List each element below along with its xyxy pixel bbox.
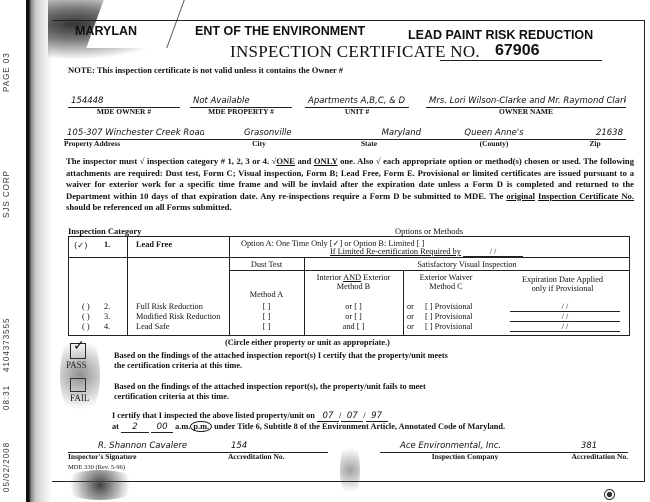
method-a-checkbox[interactable]: [ ] xyxy=(229,302,304,311)
company-accreditation-field: 381 Accreditation No. xyxy=(550,440,628,461)
method-b-text: Interior xyxy=(317,273,344,282)
zip-field: 21638 Zip xyxy=(564,127,626,148)
fax-page: PAGE 03 xyxy=(2,52,11,92)
property-address-label: Property Address xyxy=(64,140,204,148)
scan-edge-shadow xyxy=(26,0,52,502)
inspection-company-label: Inspection Company xyxy=(380,453,550,461)
category-1-checkbox[interactable]: (✓) xyxy=(74,240,87,250)
scan-noise xyxy=(60,330,100,420)
method-c-checkbox[interactable]: [ ] Provisional xyxy=(425,302,472,311)
instructions-paragraph: The inspector must √ inspection category… xyxy=(66,156,634,214)
company-accreditation-label: Accreditation No. xyxy=(550,453,628,461)
certificate-number: 67906 xyxy=(495,42,540,60)
category-1-label: Lead Free xyxy=(136,240,172,249)
inspection-minute[interactable]: 00 xyxy=(151,422,173,433)
method-a-checkbox[interactable]: [ ] xyxy=(229,322,304,331)
circle-note: (Circle either property or unit as appro… xyxy=(225,338,390,347)
inspection-company-field: Ace Environmental, Inc. Inspection Compa… xyxy=(380,440,550,461)
inspector-signature-field: R. Shannon Cavalere Inspector's Signatur… xyxy=(68,440,228,461)
method-b-checkbox[interactable]: and [ ] xyxy=(304,322,403,331)
method-c-or: or xyxy=(407,302,414,311)
scan-noise xyxy=(340,440,360,500)
at-label: at xyxy=(112,422,119,431)
recert-label: If Limited Re-certification Required by xyxy=(330,247,461,256)
expiration-date-field[interactable]: / / xyxy=(510,322,620,332)
category-2-number: 2. xyxy=(104,302,110,311)
mde-property-field: Not Available MDE PROPERTY # xyxy=(190,95,292,116)
owner-name-field: Mrs. Lori Wilson-Clarke and Mr. Raymond … xyxy=(426,95,626,116)
instructions-one: ONE xyxy=(276,156,295,166)
category-3-label: Modified Risk Reduction xyxy=(136,312,220,321)
mde-owner-field: 154448 MDE OWNER # xyxy=(68,95,180,116)
method-b-label: Method B xyxy=(304,282,403,291)
state-label: State xyxy=(314,140,424,148)
county-field: Queen Anne's (County) xyxy=(424,127,564,148)
certify-line-2: at 2 00 a.m.p.m. under Title 6, Subtitle… xyxy=(112,422,505,433)
inspection-category-header: Inspection Category xyxy=(68,226,141,236)
fax-time: 08:31 xyxy=(2,385,11,410)
category-2-checkbox[interactable]: ( ) xyxy=(82,302,90,311)
category-3-number: 3. xyxy=(104,312,110,321)
method-c-or: or xyxy=(407,322,414,331)
method-b-and: AND xyxy=(343,273,361,282)
option-a-text: Option A: One Time Only [ xyxy=(241,239,333,248)
program-name: LEAD PAINT RISK REDUCTION xyxy=(408,28,593,42)
expiration-date-field[interactable]: / / xyxy=(510,312,620,322)
method-a-checkbox[interactable]: [ ] xyxy=(229,312,304,321)
fax-phone: 4104373555 xyxy=(2,318,11,373)
options-header: Options or Methods xyxy=(395,226,463,236)
expiration-subheader: only if Provisional xyxy=(495,284,630,293)
inspection-hour[interactable]: 2 xyxy=(121,422,149,433)
state-field: Maryland State xyxy=(314,127,424,148)
inspection-date-month[interactable]: 07 xyxy=(317,411,339,422)
method-b-header: Interior AND Exterior xyxy=(304,273,403,282)
fax-date: 05/02/2008 xyxy=(2,442,11,492)
category-4-number: 4. xyxy=(104,322,110,331)
city-field: Grasonville City xyxy=(204,127,314,148)
instructions-only: ONLY xyxy=(314,156,338,166)
table-divider xyxy=(127,236,128,335)
registered-mark-icon xyxy=(604,489,615,500)
instructions-icn: Inspection Certificate No. xyxy=(538,191,634,201)
category-1-number: 1. xyxy=(104,240,110,249)
inspector-accreditation-label: Accreditation No. xyxy=(228,453,328,461)
method-b-checkbox[interactable]: or [ ] xyxy=(304,302,403,311)
fail-text-1: Based on the findings of the attached in… xyxy=(114,382,426,391)
inspection-date-day[interactable]: 07 xyxy=(341,411,363,422)
category-4-label: Lead Safe xyxy=(136,322,169,331)
city-label: City xyxy=(204,140,314,148)
certify-law-text: under Title 6, Subtitle 8 of the Environ… xyxy=(214,422,505,431)
category-1-mark: (✓) xyxy=(74,240,87,250)
instructions-text: should be referenced on all Forms submit… xyxy=(66,202,232,212)
pass-text-2: the certification criteria at this time. xyxy=(114,361,242,370)
property-address-field: 105-307 Winchester Creek Road Property A… xyxy=(64,127,204,148)
zip-label: Zip xyxy=(564,140,626,148)
instructions-and: and xyxy=(295,156,314,166)
method-c-checkbox[interactable]: [ ] Provisional xyxy=(425,322,472,331)
recert-row: If Limited Re-certification Required by … xyxy=(330,247,523,257)
unit-label: UNIT # xyxy=(305,108,409,116)
owner-name-label: OWNER NAME xyxy=(426,108,626,116)
inspection-date-year[interactable]: 97 xyxy=(366,411,388,422)
expiration-date-field[interactable]: / / xyxy=(510,302,620,312)
fail-text-2: certification criteria at this time. xyxy=(114,392,229,401)
category-2-label: Full Risk Reduction xyxy=(136,302,203,311)
dust-test-header: Dust Test xyxy=(229,260,304,269)
fax-margin: PAGE 03 SJS CORP 4104373555 08:31 05/02/… xyxy=(0,0,26,502)
fax-sender: SJS CORP xyxy=(2,170,11,218)
scan-noise xyxy=(60,470,140,500)
pm-option-circled[interactable]: p.m. xyxy=(190,421,212,432)
certificate-no-line xyxy=(440,60,602,61)
agency-name: MARYLANENT OF THE ENVIRONMENT xyxy=(75,24,365,38)
validity-note: NOTE: This inspection certificate is not… xyxy=(68,65,343,75)
unit-field: Apartments A,B,C, & D UNIT # xyxy=(305,95,409,116)
agency-name-right: ENT OF THE ENVIRONMENT xyxy=(195,24,365,38)
certify-text: I certify that I inspected the above lis… xyxy=(112,411,315,420)
table-divider xyxy=(68,257,630,258)
inspector-signature-label: Inspector's Signature xyxy=(68,453,228,461)
method-c-or: or xyxy=(407,312,414,321)
mde-property-label: MDE PROPERTY # xyxy=(190,108,292,116)
method-c-header: Exterior Waiver xyxy=(403,273,489,282)
visual-inspection-header: Satisfactory Visual Inspection xyxy=(304,260,630,269)
inspector-accreditation-field: 154 Accreditation No. xyxy=(228,440,328,461)
agency-name-left: MARYLAN xyxy=(75,24,137,38)
method-b-text: Exterior xyxy=(361,273,390,282)
method-c-checkbox[interactable]: [ ] Provisional xyxy=(425,312,472,321)
method-a-header: Method A xyxy=(229,290,304,299)
certificate-title: INSPECTION CERTIFICATE NO. xyxy=(230,42,480,62)
mde-owner-label: MDE OWNER # xyxy=(68,108,180,116)
certify-line-1: I certify that I inspected the above lis… xyxy=(112,411,388,422)
instructions-text: The inspector must √ inspection category… xyxy=(66,156,276,166)
method-b-checkbox[interactable]: or [ ] xyxy=(304,312,403,321)
instructions-original: original xyxy=(506,191,535,201)
pass-text-1: Based on the findings of the attached in… xyxy=(114,351,448,360)
county-label: (County) xyxy=(424,140,564,148)
method-c-label: Method C xyxy=(403,282,489,291)
table-divider xyxy=(229,270,630,271)
am-option[interactable]: a.m. xyxy=(175,422,190,431)
recert-date-field[interactable]: / / xyxy=(463,247,523,257)
expiration-header: Expiration Date Applied xyxy=(495,275,630,284)
category-3-checkbox[interactable]: ( ) xyxy=(82,312,90,321)
